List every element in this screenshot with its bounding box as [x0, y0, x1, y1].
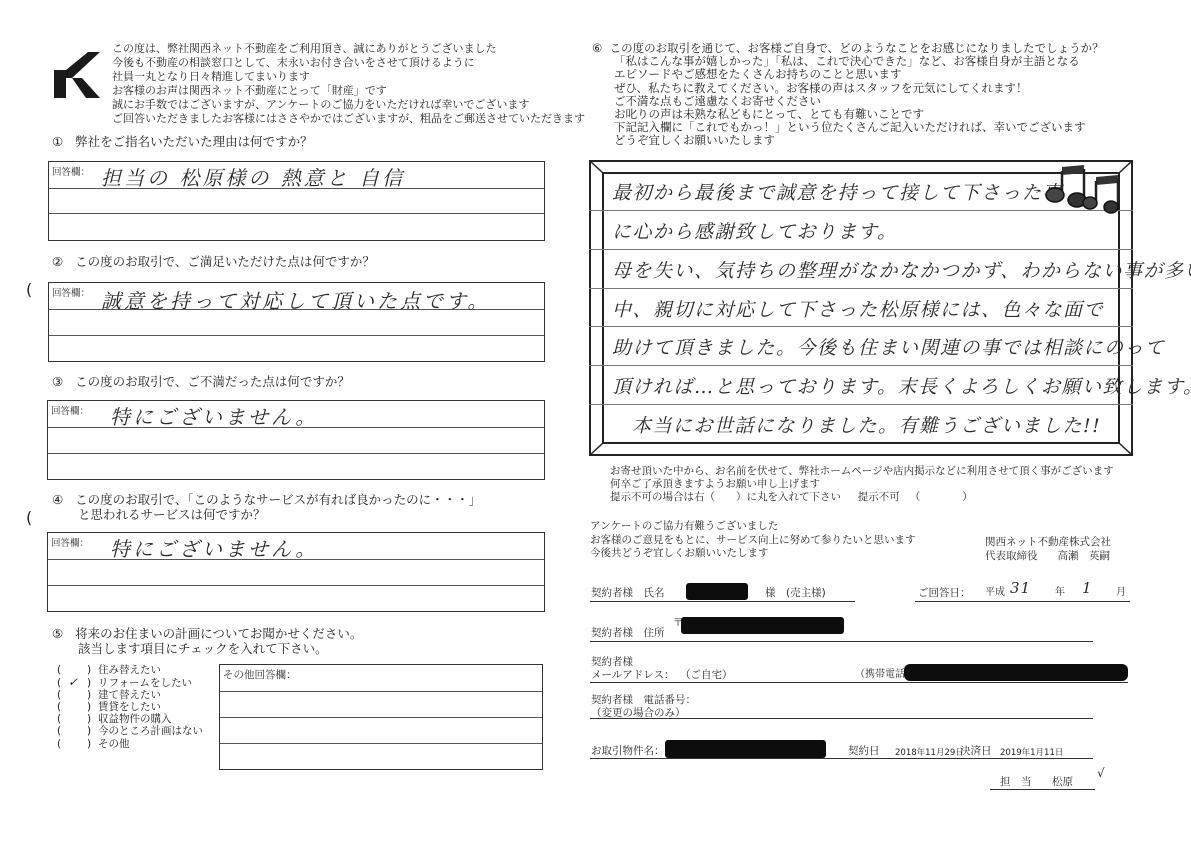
answer-text: 特にございません。: [110, 401, 318, 430]
contract-name-suffix: 様 (売主様): [765, 586, 826, 600]
option-label: その他: [98, 738, 130, 750]
question-number: ⑤: [52, 626, 63, 641]
answer-row-line: [48, 585, 544, 586]
settlement-label: 決済日: [960, 744, 992, 758]
property-label: お取引物件名：: [591, 744, 665, 758]
open-paren: (: [52, 689, 66, 701]
answer-label: 回答欄：: [51, 403, 89, 417]
intro-line: お客様のお声は関西ネット不動産にとって「財産」です: [112, 84, 585, 98]
music-notes-icon: [1040, 163, 1124, 215]
option-label: 今のところ計画はない: [98, 725, 203, 737]
question-5: ⑤ 将来のお住まいの計画についてお聞かせください。 該当します項目にチェックを入…: [52, 626, 362, 656]
settlement-date: 2019年1月11日: [1000, 746, 1063, 760]
question-2: ② この度のお取引で、ご満足いただけた点は何ですか？: [52, 254, 375, 269]
thanks-line: お客様のご意見をもとに、サービス向上に努めて参りたいと思います: [590, 534, 916, 548]
question-number: ③: [52, 374, 63, 389]
staff-label: 担 当: [1000, 775, 1032, 789]
answer-text: 担当の 松原様の 熱意と 自信: [101, 162, 405, 191]
contract-name-label: 契約者様 氏名: [591, 586, 665, 600]
question-text: この度のお取引で、ご不満だった点は何ですか？: [75, 374, 350, 389]
q6-answer-line: 助けて頂きました。今後も住まい関連の事では相談にのって: [612, 333, 1165, 360]
ruled-line: [589, 404, 1133, 405]
intro-line: この度は、弊社関西ネット不動産をご利用頂き、誠にありがとうございました: [112, 42, 585, 56]
open-paren: (: [52, 701, 66, 713]
home-label: （ご自宅）: [680, 668, 733, 682]
reply-date-label: ご回答日：: [918, 586, 971, 600]
open-paren: (: [52, 713, 66, 725]
plan-option[interactable]: ()賃貸をしたい: [52, 701, 203, 713]
address-label: 契約者様 住所: [591, 626, 665, 640]
era-label: 平成: [985, 586, 1005, 600]
k-logo-icon: [52, 50, 102, 100]
open-paren: (: [52, 677, 66, 689]
representative-title: 代表取締役: [985, 550, 1038, 562]
question-number: ②: [52, 254, 63, 269]
open-paren: (: [52, 725, 66, 737]
question-number: ④: [52, 492, 63, 507]
answer-row-line: [220, 691, 542, 692]
close-paren: ): [80, 689, 98, 701]
ruled-line: [589, 326, 1133, 327]
redacted-property: [665, 740, 826, 758]
intro-line: ご回答いただきましたお客様にはささやかではございますが、粗品をご郵送させていただ…: [112, 112, 585, 126]
question-text: エピソードやご感想をたくさんお持ちのことと思います: [592, 68, 1104, 81]
question-text: ぜひ、私たちに教えてください。お客様の声はスタッフを元気にしてくれます！: [592, 82, 1104, 95]
representative-name: 高瀬 英嗣: [1058, 550, 1111, 562]
margin-mark: (: [26, 508, 32, 527]
close-paren: ): [80, 701, 98, 713]
q6-answer-line: に心から感謝致しております。: [612, 217, 897, 244]
ruled-line: [589, 288, 1133, 289]
close-paren: ): [80, 738, 98, 750]
q6-answer-line: 最初から最後まで誠意を持って接して下さった事: [612, 178, 1063, 205]
reply-month: 1: [1082, 579, 1095, 597]
question-text: どうぞ宜しくお願いいたします: [592, 134, 1104, 147]
plan-checklist: ()住み替えたい(✓)リフォームをしたい()建て替えたい()賃貸をしたい()収益…: [52, 664, 203, 750]
refuse-checkbox[interactable]: （ ）: [910, 491, 973, 503]
staff-check-mark: √: [1097, 766, 1108, 780]
contract-date-label: 契約日: [848, 744, 880, 758]
plan-option[interactable]: ()収益物件の購入: [52, 713, 203, 725]
year-label: 年: [1055, 586, 1065, 600]
publish-notice: お寄せ頂いた中から、お名前を伏せて、弊社ホームページや店内掲示などに利用させて頂…: [610, 465, 1114, 504]
question-text: 弊社をご指名いただいた理由は何ですか？: [75, 134, 313, 149]
option-label: 建て替えたい: [98, 689, 161, 701]
answer-label: 回答欄：: [51, 535, 89, 549]
ruled-line: [589, 249, 1133, 250]
q6-answer-line: 母を失い、気持ちの整理がなかなかつかず、わからない事が多い: [612, 256, 1191, 283]
question-text: と思われるサービスは何ですか？: [52, 507, 481, 522]
intro-line: 社員一丸となり日々精進してまいります: [112, 70, 585, 84]
redacted-name: [686, 583, 748, 600]
question-6: ⑥ この度のお取引を通じて、お客様ご自身で、どのようなことをお感じになりましたで…: [592, 42, 1104, 148]
answer-box-4[interactable]: 回答欄： 特にございません。: [47, 532, 545, 612]
reply-year: 31: [1010, 579, 1031, 597]
question-text: 将来のお住まいの計画についてお聞かせください。: [75, 626, 362, 641]
option-label: 収益物件の購入: [98, 713, 172, 725]
phone-note: （変更の場合のみ）: [591, 706, 686, 720]
option-label: 賃貸をしたい: [98, 701, 161, 713]
close-paren: ): [80, 677, 98, 689]
ruled-line: [589, 365, 1133, 366]
thanks-line: アンケートのご協力有難うございました: [590, 520, 916, 534]
question-number: ⑥: [592, 41, 602, 55]
plan-option[interactable]: ()その他: [52, 738, 203, 750]
thanks-message: アンケートのご協力有難うございました お客様のご意見をもとに、サービス向上に努め…: [590, 520, 916, 561]
close-paren: ): [80, 725, 98, 737]
q6-answer-line: 中、親切に対応して下さった松原様には、色々な面で: [612, 295, 1104, 322]
question-number: ①: [52, 134, 63, 149]
close-paren: ): [80, 664, 98, 676]
plan-option[interactable]: ()今のところ計画はない: [52, 725, 203, 737]
answer-box-2[interactable]: 回答欄： 誠意を持って対応して頂いた点です。: [48, 282, 545, 362]
email-label-1: 契約者様: [591, 655, 633, 669]
other-answer-box[interactable]: その他回答欄：: [219, 664, 543, 770]
check-mark-icon[interactable]: ✓: [66, 676, 80, 688]
phone-label: 契約者様 電話番号：: [591, 693, 696, 707]
open-paren: (: [52, 664, 66, 676]
answer-row-line: [220, 743, 542, 744]
notice-line: 何卒ご了承頂きますようお願い申し上げます: [610, 478, 1114, 491]
company-name: 関西ネット不動産株式会社: [985, 535, 1111, 549]
question-3: ③ この度のお取引で、ご不満だった点は何ですか？: [52, 374, 350, 389]
answer-row-line: [49, 213, 544, 214]
thanks-line: 今後共どうぞ宜しくお願いいたします: [590, 547, 916, 561]
email-label-2: メールアドレス：: [591, 668, 674, 682]
option-label: リフォームをしたい: [98, 677, 192, 689]
answer-label: 回答欄：: [52, 285, 90, 299]
refuse-instructions: 提示不可の場合は右（ ）に丸を入れて下さい: [610, 491, 841, 503]
question-4: ④ この度のお取引で、「このようなサービスが有れば良かったのに・・・」 と思われ…: [52, 492, 481, 522]
answer-box-1[interactable]: 回答欄： 担当の 松原様の 熱意と 自信: [48, 161, 545, 241]
company-signature: 関西ネット不動産株式会社 代表取締役 高瀬 英嗣: [985, 535, 1111, 563]
plan-option[interactable]: (✓)リフォームをしたい: [52, 676, 203, 688]
question-text: この度のお取引で、「このようなサービスが有れば良かったのに・・・」: [75, 492, 481, 507]
intro-line: 誠にお手数ではございますが、アンケートのご協力をいただければ幸いでございます: [112, 98, 585, 112]
answer-row-line: [49, 335, 544, 336]
q6-answer-line: 頂ければ…と思っております。末長くよろしくお願い致します。: [612, 372, 1191, 399]
refuse-label: 提示不可: [858, 491, 900, 503]
close-paren: ): [80, 713, 98, 725]
question-1: ① 弊社をご指名いただいた理由は何ですか？: [52, 134, 313, 149]
answer-row-line: [220, 717, 542, 718]
redacted-address: [681, 617, 844, 634]
plan-option[interactable]: ()建て替えたい: [52, 689, 203, 701]
intro-line: 今後も不動産の相談窓口として、末永いお付き合いをさせて頂けるように: [112, 56, 585, 70]
other-answer-label: その他回答欄：: [223, 667, 297, 682]
contract-date: 2018年11月29日: [895, 746, 964, 760]
question-text: 該当します項目にチェックを入れて下さい。: [52, 641, 362, 656]
month-label: 月: [1116, 586, 1126, 600]
q6-answer-line: 本当にお世話になりました。有難うございました!!: [632, 411, 1101, 438]
question-text: この度のお取引で、ご満足いただけた点は何ですか？: [75, 254, 375, 269]
option-label: 住み替えたい: [98, 664, 161, 676]
notice-line: お寄せ頂いた中から、お名前を伏せて、弊社ホームページや店内掲示などに利用させて頂…: [610, 465, 1114, 478]
staff-name: 松原: [1052, 775, 1073, 789]
answer-label: 回答欄：: [52, 164, 90, 178]
answer-row-line: [48, 453, 544, 454]
answer-box-3[interactable]: 回答欄： 特にございません。: [47, 400, 545, 480]
question-text: この度のお取引を通じて、お客様ご自身で、どのようなことをお感じになりましたでしょ…: [610, 41, 1104, 55]
answer-text: 特にございません。: [110, 533, 318, 562]
margin-mark: (: [26, 280, 32, 299]
open-paren: (: [52, 738, 66, 750]
redacted-mobile: [904, 664, 1128, 681]
intro-text: この度は、弊社関西ネット不動産をご利用頂き、誠にありがとうございました 今後も不…: [112, 42, 585, 126]
answer-text: 誠意を持って対応して頂いた点です。: [101, 285, 490, 314]
